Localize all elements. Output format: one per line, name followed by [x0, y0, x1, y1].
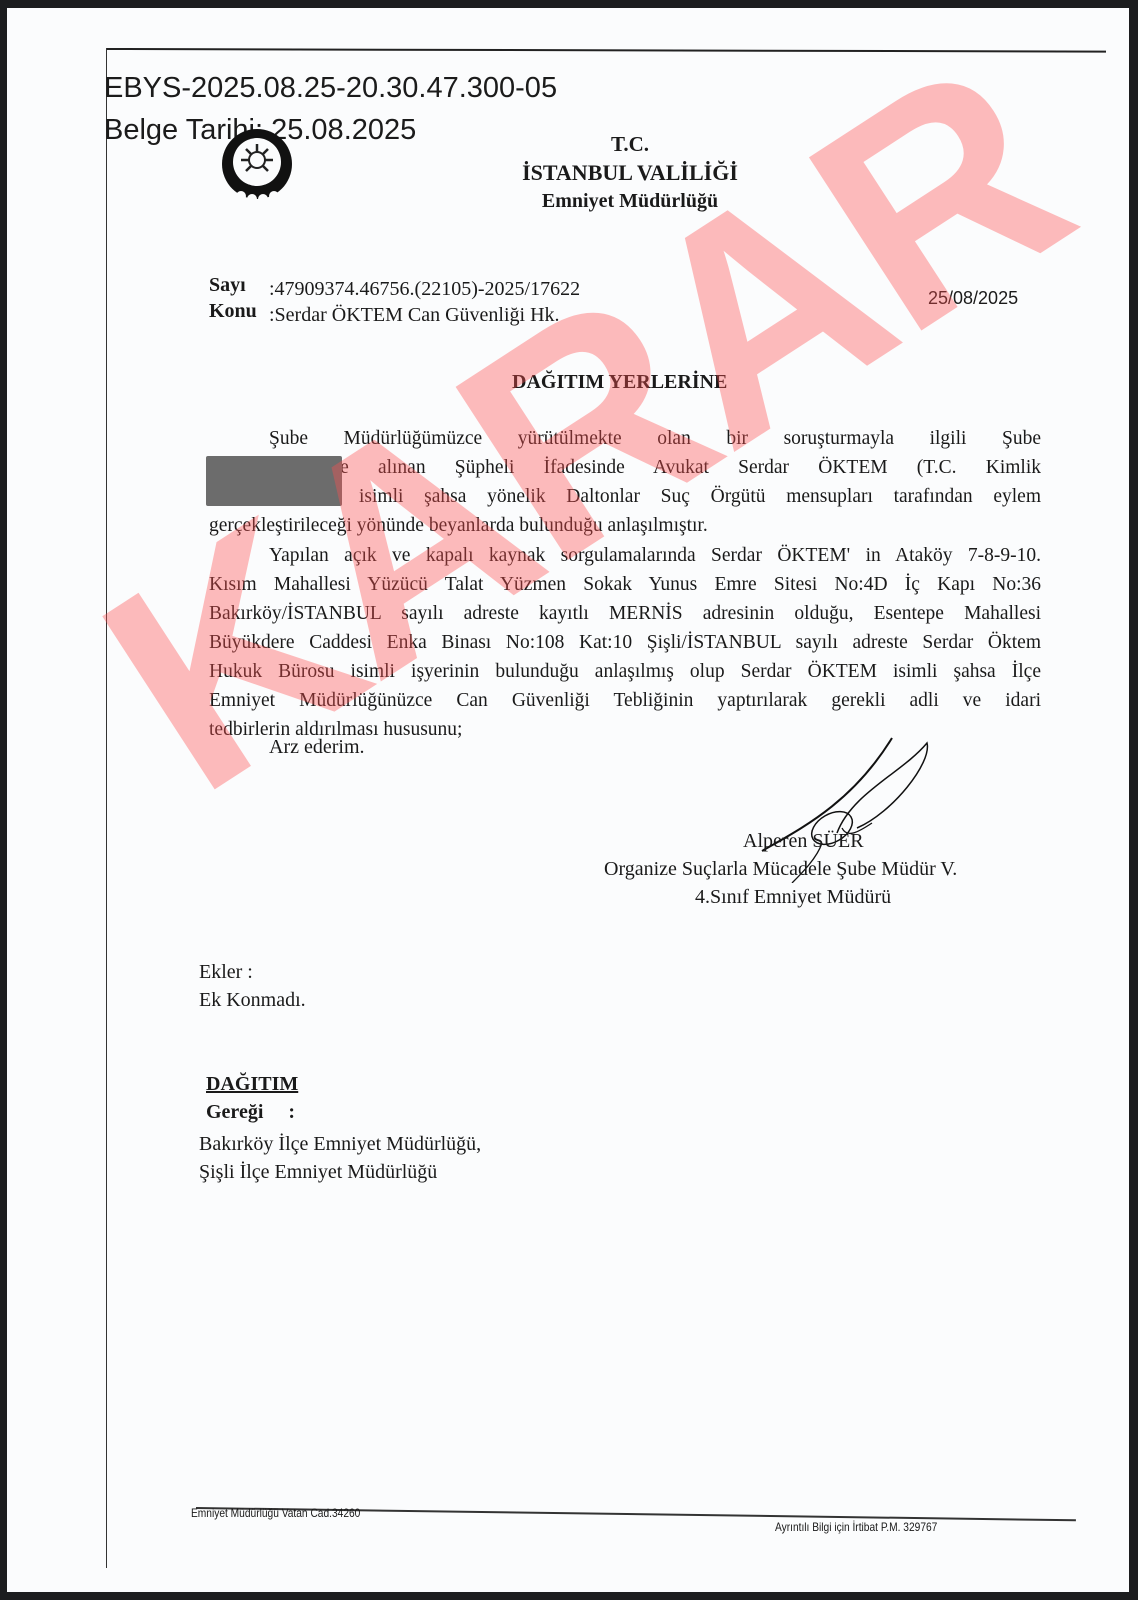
- document-page: EBYS-2025.08.25-20.30.47.300-05 Belge Ta…: [7, 8, 1129, 1592]
- header-valilik: İSTANBUL VALİLİĞİ: [500, 160, 760, 186]
- svg-text:EGM: EGM: [250, 180, 264, 186]
- header-tc: T.C.: [500, 132, 760, 157]
- paragraph2-line: Hukuk Bürosu isimli işyerinin bulunduğu …: [209, 661, 1041, 683]
- signatory-name: Alperen SÜER: [743, 830, 864, 853]
- frame-top-line: [106, 48, 1106, 53]
- paragraph2-line: Kısım Mahallesi Yüzücü Talat Yüzmen Soka…: [209, 574, 1041, 596]
- paragraph2-line: Büyükdere Caddesi Enka Binası No:108 Kat…: [209, 632, 1041, 654]
- ekler-value: Ek Konmadı.: [199, 989, 306, 1012]
- addressee-heading: DAĞITIM YERLERİNE: [512, 371, 727, 394]
- footer-contact: Ayrıntılı Bilgi için İrtibat P.M. 329767: [775, 1520, 937, 1534]
- paragraph2-line: Yapılan açık ve kapalı kaynak sorgulamal…: [269, 545, 1041, 567]
- dagitim-title: DAĞITIM: [206, 1073, 298, 1096]
- document-date: 25/08/2025: [928, 288, 1018, 309]
- signatory-title: Organize Suçlarla Mücadele Şube Müdür V.: [604, 858, 957, 881]
- ebys-code: EBYS-2025.08.25-20.30.47.300-05: [104, 72, 557, 105]
- paragraph1-line: isimli şahsa yönelik Daltonlar Suç Örgüt…: [359, 486, 1041, 508]
- sayi-value: :47909374.46756.(22105)-2025/17622: [269, 278, 580, 301]
- sayi-label: Sayı: [209, 274, 246, 297]
- header-emniyet: Emniyet Müdürlüğü: [500, 190, 760, 213]
- paragraph2-line: Bakırköy/İSTANBUL sayılı adreste kayıtlı…: [209, 603, 1041, 625]
- konu-value: :Serdar ÖKTEM Can Güvenliği Hk.: [269, 304, 560, 327]
- recipient: Bakırköy İlçe Emniyet Müdürlüğü,: [199, 1133, 481, 1156]
- geregi-label: Gereği :: [206, 1101, 295, 1124]
- paragraph2-line: Emniyet Müdürlüğünüzce Can Güvenliği Teb…: [209, 690, 1041, 712]
- redaction-box: [206, 456, 342, 506]
- paragraph1-line: Şube Müdürlüğümüzce yürütülmekte olan bi…: [269, 428, 1041, 450]
- paragraph1-line: gerçekleştirileceği yönünde beyanlarda b…: [209, 515, 1041, 537]
- egm-seal-icon: EGM: [219, 126, 295, 206]
- footer-address: Emniyet Müdürlüğü Vatan Cad.34260: [191, 1506, 360, 1520]
- frame-left-line: [106, 48, 107, 1568]
- ekler-label: Ekler :: [199, 961, 253, 984]
- closing: Arz ederim.: [269, 736, 365, 759]
- signatory-rank: 4.Sınıf Emniyet Müdürü: [695, 886, 891, 909]
- recipient: Şişli İlçe Emniyet Müdürlüğü: [199, 1161, 437, 1184]
- konu-label: Konu: [209, 300, 257, 323]
